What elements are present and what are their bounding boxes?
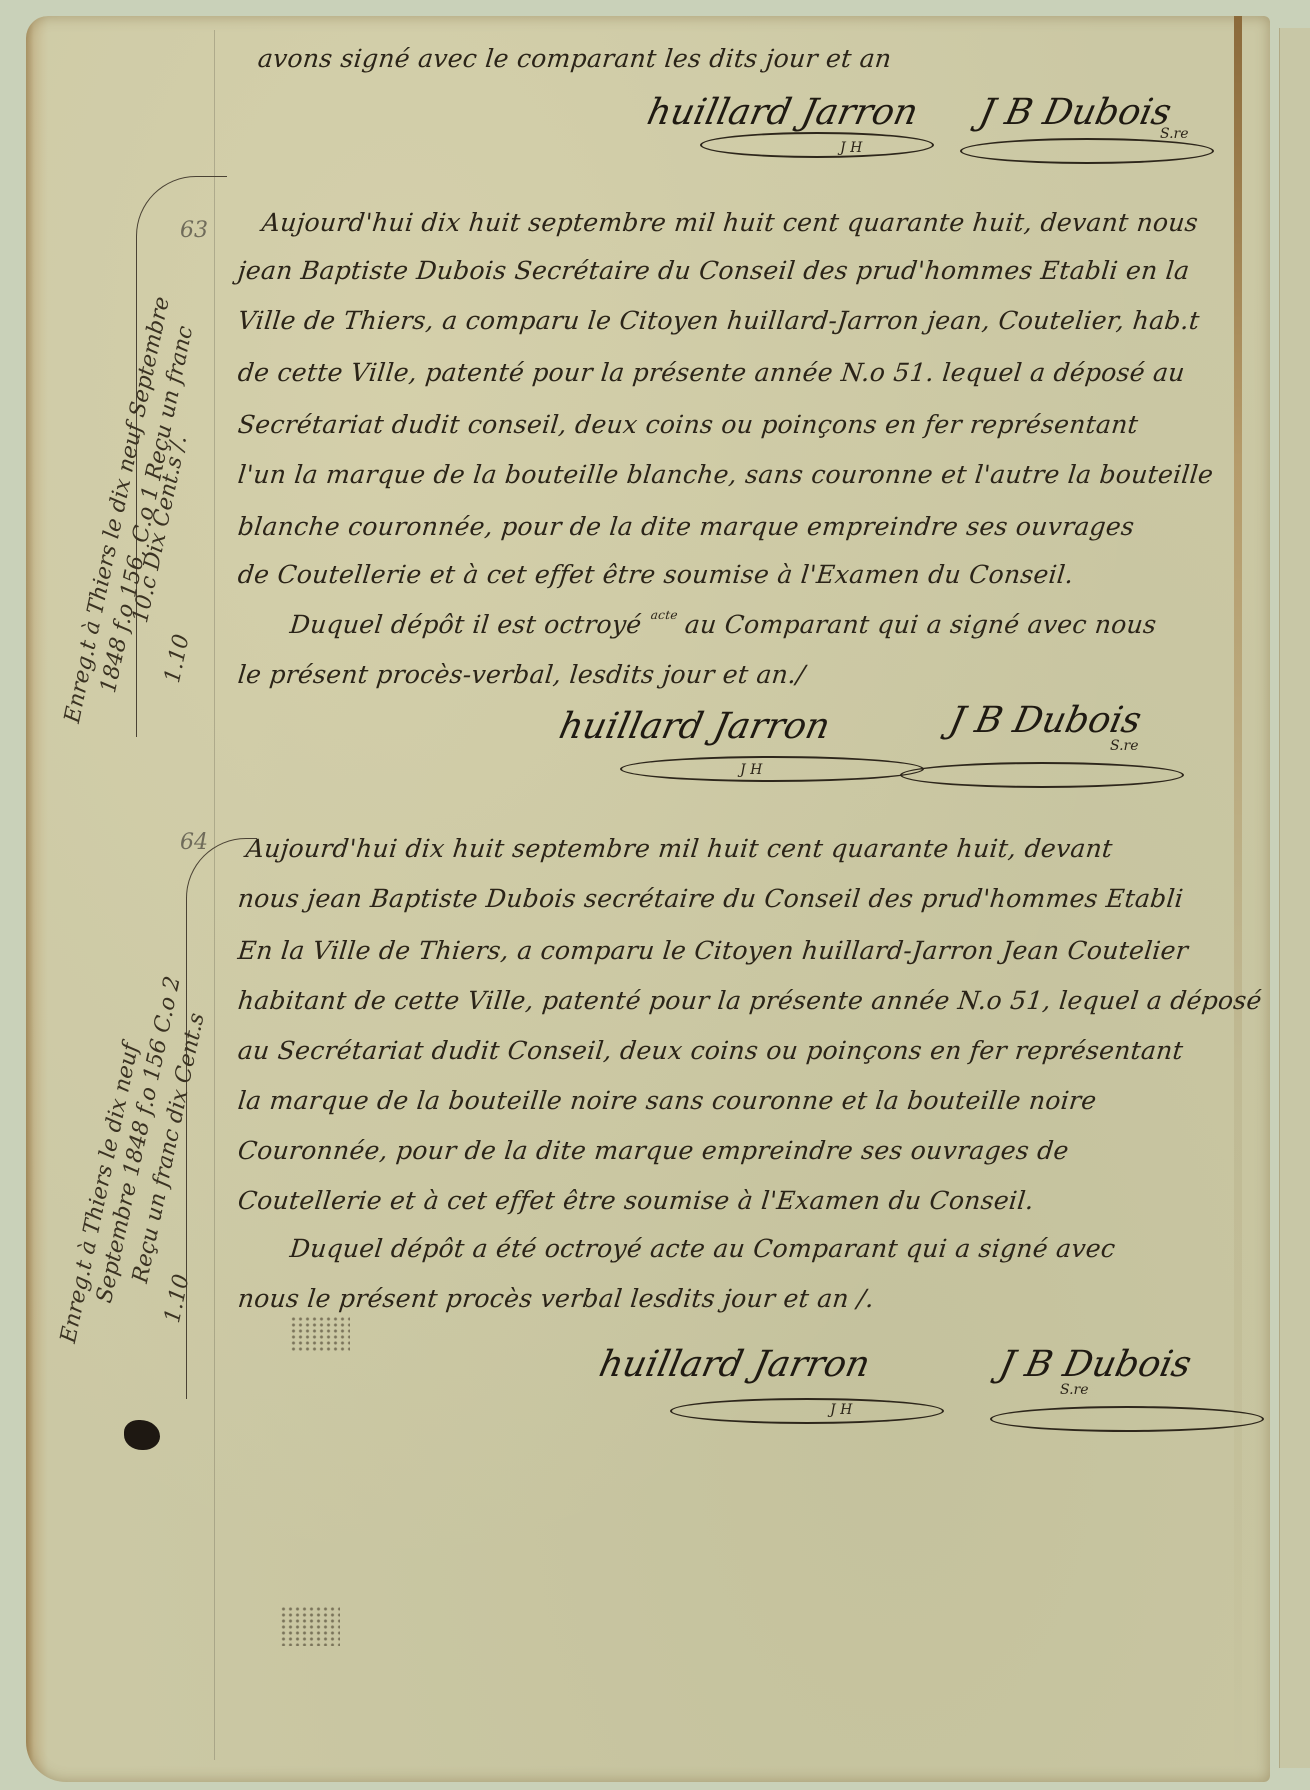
signature-dubois-1: J B Dubois bbox=[946, 700, 1145, 741]
entry-1-line-5: Secrétariat dudit conseil, deux coins ou… bbox=[236, 410, 1139, 439]
entry-2-line-3: En la Ville de Thiers, a comparu le Cito… bbox=[236, 936, 1189, 965]
signature-flourish-left-top bbox=[700, 132, 934, 158]
entry-1-line-7: blanche couronnée, pour de la dite marqu… bbox=[236, 512, 1135, 541]
entry-2-line-1: Aujourd'hui dix huit septembre mil huit … bbox=[244, 834, 1114, 863]
entry-2-line-6: la marque de la bouteille noire sans cou… bbox=[236, 1086, 1098, 1115]
signature-flourish-right-top bbox=[960, 138, 1214, 164]
signature-huillard-jarron-2: huillard Jarron bbox=[596, 1344, 874, 1385]
entry-1-closing-text-a: Duquel dépôt il est octroyé bbox=[288, 610, 643, 639]
entry-2-line-5: au Secrétariat dudit Conseil, deux coins… bbox=[236, 1036, 1184, 1065]
entry-2-closing-line-2: nous le présent procès verbal lesdits jo… bbox=[236, 1284, 875, 1313]
foxing-speckles-2 bbox=[280, 1606, 340, 1646]
entry-1-closing-text-b: au Comparant qui a signé avec nous bbox=[683, 610, 1157, 639]
entry-2-line-2: nous jean Baptiste Dubois secrétaire du … bbox=[236, 884, 1184, 913]
entry-1-closing-line-1: Duquel dépôt il est octroyé acte au Comp… bbox=[288, 610, 1157, 639]
signature-flourish-right-2 bbox=[990, 1406, 1264, 1432]
entry-1-line-1: Aujourd'hui dix huit septembre mil huit … bbox=[260, 208, 1199, 237]
entry-2-line-4: habitant de cette Ville, patenté pour la… bbox=[236, 986, 1263, 1015]
signature-huillard-jarron-top: huillard Jarron bbox=[644, 92, 922, 133]
signature-flourish-right-1 bbox=[900, 762, 1184, 788]
entry-2-closing-line-1: Duquel dépôt a été octroyé acte au Compa… bbox=[288, 1234, 1116, 1263]
signature-flourish-left-1 bbox=[620, 756, 924, 782]
folio-number-64: 64 bbox=[180, 830, 208, 855]
signature-huillard-jarron-1: huillard Jarron bbox=[556, 706, 834, 747]
entry-2-line-7: Couronnée, pour de la dite marque emprei… bbox=[236, 1136, 1070, 1165]
signature-title-top: S.re bbox=[1160, 126, 1189, 142]
signature-flourish-left-2 bbox=[670, 1398, 944, 1424]
margin-bracket-2 bbox=[186, 838, 257, 1399]
page-edge-stain bbox=[1234, 16, 1242, 1782]
underlying-page-edge bbox=[1279, 28, 1310, 1768]
entry-1-line-8: de Coutellerie et à cet effet être soumi… bbox=[236, 560, 1075, 589]
entry-1-line-3: Ville de Thiers, a comparu le Citoyen hu… bbox=[236, 306, 1201, 335]
continuation-line: avons signé avec le comparant les dits j… bbox=[256, 44, 892, 73]
signature-dubois-2: J B Dubois bbox=[996, 1344, 1195, 1385]
signature-dubois-top: J B Dubois bbox=[976, 92, 1175, 133]
entry-2-line-8: Coutellerie et à cet effet être soumise … bbox=[236, 1186, 1035, 1215]
entry-1-interlinear-insertion: acte bbox=[650, 608, 678, 622]
ink-blot bbox=[124, 1420, 160, 1450]
entry-1-line-4: de cette Ville, patenté pour la présente… bbox=[236, 358, 1186, 387]
entry-1-line-2: jean Baptiste Dubois Secrétaire du Conse… bbox=[236, 256, 1191, 285]
foxing-speckles-1 bbox=[290, 1316, 350, 1352]
signature-title-2: S.re bbox=[1060, 1382, 1089, 1398]
entry-1-line-6: l'un la marque de la bouteille blanche, … bbox=[236, 460, 1214, 489]
entry-1-closing-line-2: le présent procès-verbal, lesdits jour e… bbox=[236, 660, 806, 689]
signature-title-1: S.re bbox=[1110, 738, 1139, 754]
